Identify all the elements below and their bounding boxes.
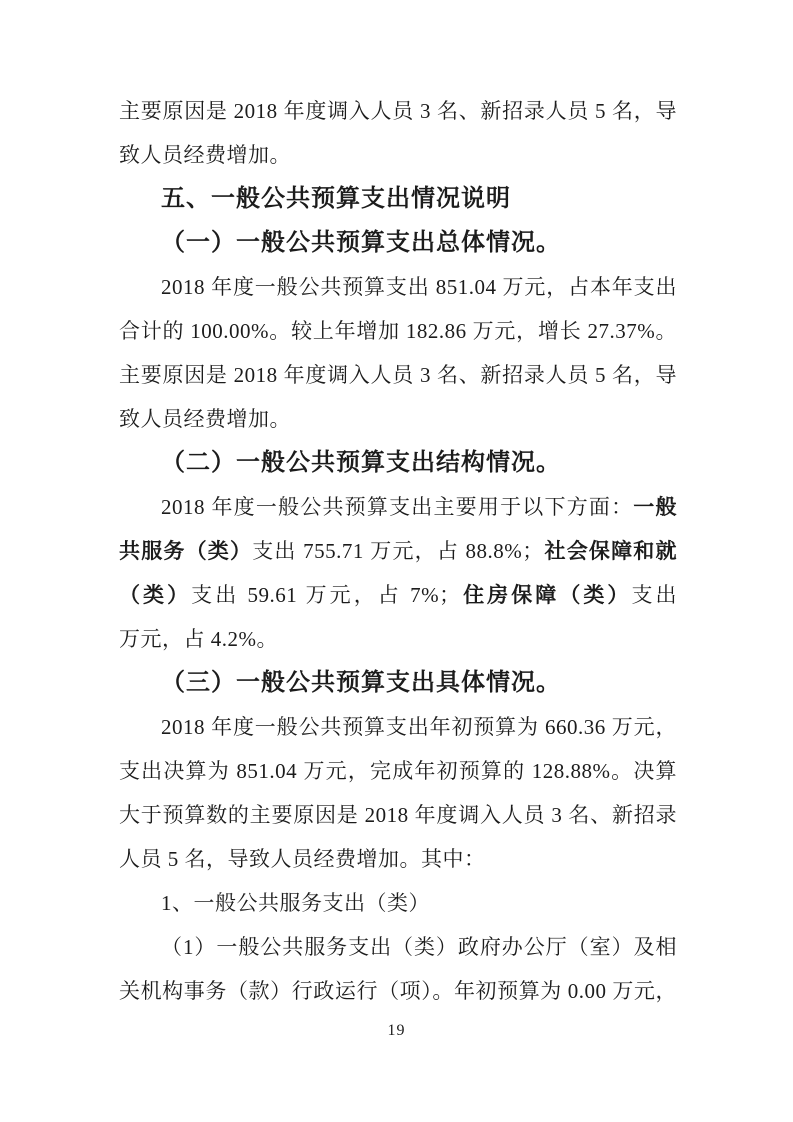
document-content: 主要原因是 2018 年度调入人员 3 名、新招录人员 5 名，导致人员经费增加… — [119, 89, 677, 1013]
bold-text-segment: （三）一般公共预算支出具体情况。 — [161, 669, 561, 696]
paragraph-item-1-1: （1）一般公共服务支出（类）政府办公厅（室）及相关机构事务（款）行政运行（项）。… — [119, 925, 677, 1013]
text-line: 2018 年度一般公共预算支出主要用于以下方面：一般公 — [119, 485, 677, 529]
bold-text-segment: （二）一般公共预算支出结构情况。 — [161, 449, 561, 476]
text-line: 致人员经费增加。 — [119, 397, 677, 441]
text-line: 支出决算为 851.04 万元，完成年初预算的 128.88%。决算数 — [119, 749, 677, 793]
text-segment: 致人员经费增加。 — [119, 407, 291, 431]
bold-text-segment: 共服务（类） — [119, 540, 252, 563]
text-line: （二）一般公共预算支出结构情况。 — [119, 441, 677, 485]
text-line: 主要原因是 2018 年度调入人员 3 名、新招录人员 5 名，导 — [119, 353, 677, 397]
text-line: （1）一般公共服务支出（类）政府办公厅（室）及相 — [119, 925, 677, 969]
text-line: 合计的 100.00%。较上年增加 182.86 万元，增长 27.37%。 — [119, 309, 677, 353]
text-segment: 2018 年度一般公共预算支出主要用于以下方面： — [161, 495, 633, 519]
text-segment: 关机构事务（款）行政运行（项）。年初预算为 0.00 万元， — [119, 979, 677, 1003]
text-segment: 人员 5 名，导致人员经费增加。其中： — [119, 847, 486, 871]
text-line: 主要原因是 2018 年度调入人员 3 名、新招录人员 5 名，导 — [119, 89, 677, 133]
document-viewport: { "page": { "page_number": "19", "backgr… — [0, 0, 793, 1122]
bold-text-segment: （类） — [119, 584, 191, 607]
text-segment: 合计的 100.00%。较上年增加 182.86 万元，增长 27.37%。 — [119, 319, 677, 343]
text-line: 1、一般公共服务支出（类） — [119, 881, 677, 925]
text-line: 五、一般公共预算支出情况说明 — [119, 177, 677, 221]
text-line: 共服务（类）支出 755.71 万元，占 88.8%；社会保障和就业 — [119, 529, 677, 573]
text-line: （三）一般公共预算支出具体情况。 — [119, 661, 677, 705]
text-line: 2018 年度一般公共预算支出年初预算为 660.36 万元， — [119, 705, 677, 749]
text-line: 2018 年度一般公共预算支出 851.04 万元，占本年支出 — [119, 265, 677, 309]
text-segment: 2018 年度一般公共预算支出 851.04 万元，占本年支出 — [161, 275, 677, 299]
subheading-5-3: （三）一般公共预算支出具体情况。 — [119, 661, 677, 705]
bold-text-segment: 住房保障（类） — [461, 584, 632, 607]
text-segment: （1）一般公共服务支出（类）政府办公厅（室）及相 — [161, 935, 677, 959]
text-line: 关机构事务（款）行政运行（项）。年初预算为 0.00 万元， — [119, 969, 677, 1013]
text-segment: 支出 59.61 万元，占 7%； — [191, 583, 460, 607]
text-segment: 大于预算数的主要原因是 2018 年度调入人员 3 名、新招录 — [119, 803, 677, 827]
page-number: 19 — [0, 1020, 793, 1042]
text-line: （类）支出 59.61 万元，占 7%；住房保障（类）支出 35.72 — [119, 573, 677, 617]
text-segment: 支出 755.71 万元，占 88.8%； — [252, 539, 544, 563]
bold-text-segment: 五、一般公共预算支出情况说明 — [161, 185, 511, 212]
document-page: 主要原因是 2018 年度调入人员 3 名、新招录人员 5 名，导致人员经费增加… — [0, 0, 793, 1122]
paragraph-expenditure-structure: 2018 年度一般公共预算支出主要用于以下方面：一般公共服务（类）支出 755.… — [119, 485, 677, 661]
paragraph-specific-situation: 2018 年度一般公共预算支出年初预算为 660.36 万元，支出决算为 851… — [119, 705, 677, 881]
text-segment: 主要原因是 2018 年度调入人员 3 名、新招录人员 5 名，导 — [119, 363, 677, 387]
item-1-title: 1、一般公共服务支出（类） — [119, 881, 677, 925]
text-line: 大于预算数的主要原因是 2018 年度调入人员 3 名、新招录 — [119, 793, 677, 837]
text-segment: 2018 年度一般公共预算支出年初预算为 660.36 万元， — [161, 715, 677, 739]
section-heading-5: 五、一般公共预算支出情况说明 — [119, 177, 677, 221]
text-segment: 1、一般公共服务支出（类） — [161, 891, 430, 915]
text-line: （一）一般公共预算支出总体情况。 — [119, 221, 677, 265]
text-line: 人员 5 名，导致人员经费增加。其中： — [119, 837, 677, 881]
text-line: 万元，占 4.2%。 — [119, 617, 677, 661]
paragraph-overall-situation: 2018 年度一般公共预算支出 851.04 万元，占本年支出合计的 100.0… — [119, 265, 677, 441]
paragraph-continuation: 主要原因是 2018 年度调入人员 3 名、新招录人员 5 名，导致人员经费增加… — [119, 89, 677, 177]
text-segment: 致人员经费增加。 — [119, 143, 291, 167]
bold-text-segment: （一）一般公共预算支出总体情况。 — [161, 229, 561, 256]
text-segment: 万元，占 4.2%。 — [119, 627, 278, 651]
text-line: 致人员经费增加。 — [119, 133, 677, 177]
subheading-5-1: （一）一般公共预算支出总体情况。 — [119, 221, 677, 265]
text-segment: 支出决算为 851.04 万元，完成年初预算的 128.88%。决算数 — [119, 759, 677, 793]
text-segment: 主要原因是 2018 年度调入人员 3 名、新招录人员 5 名，导 — [119, 99, 677, 123]
subheading-5-2: （二）一般公共预算支出结构情况。 — [119, 441, 677, 485]
